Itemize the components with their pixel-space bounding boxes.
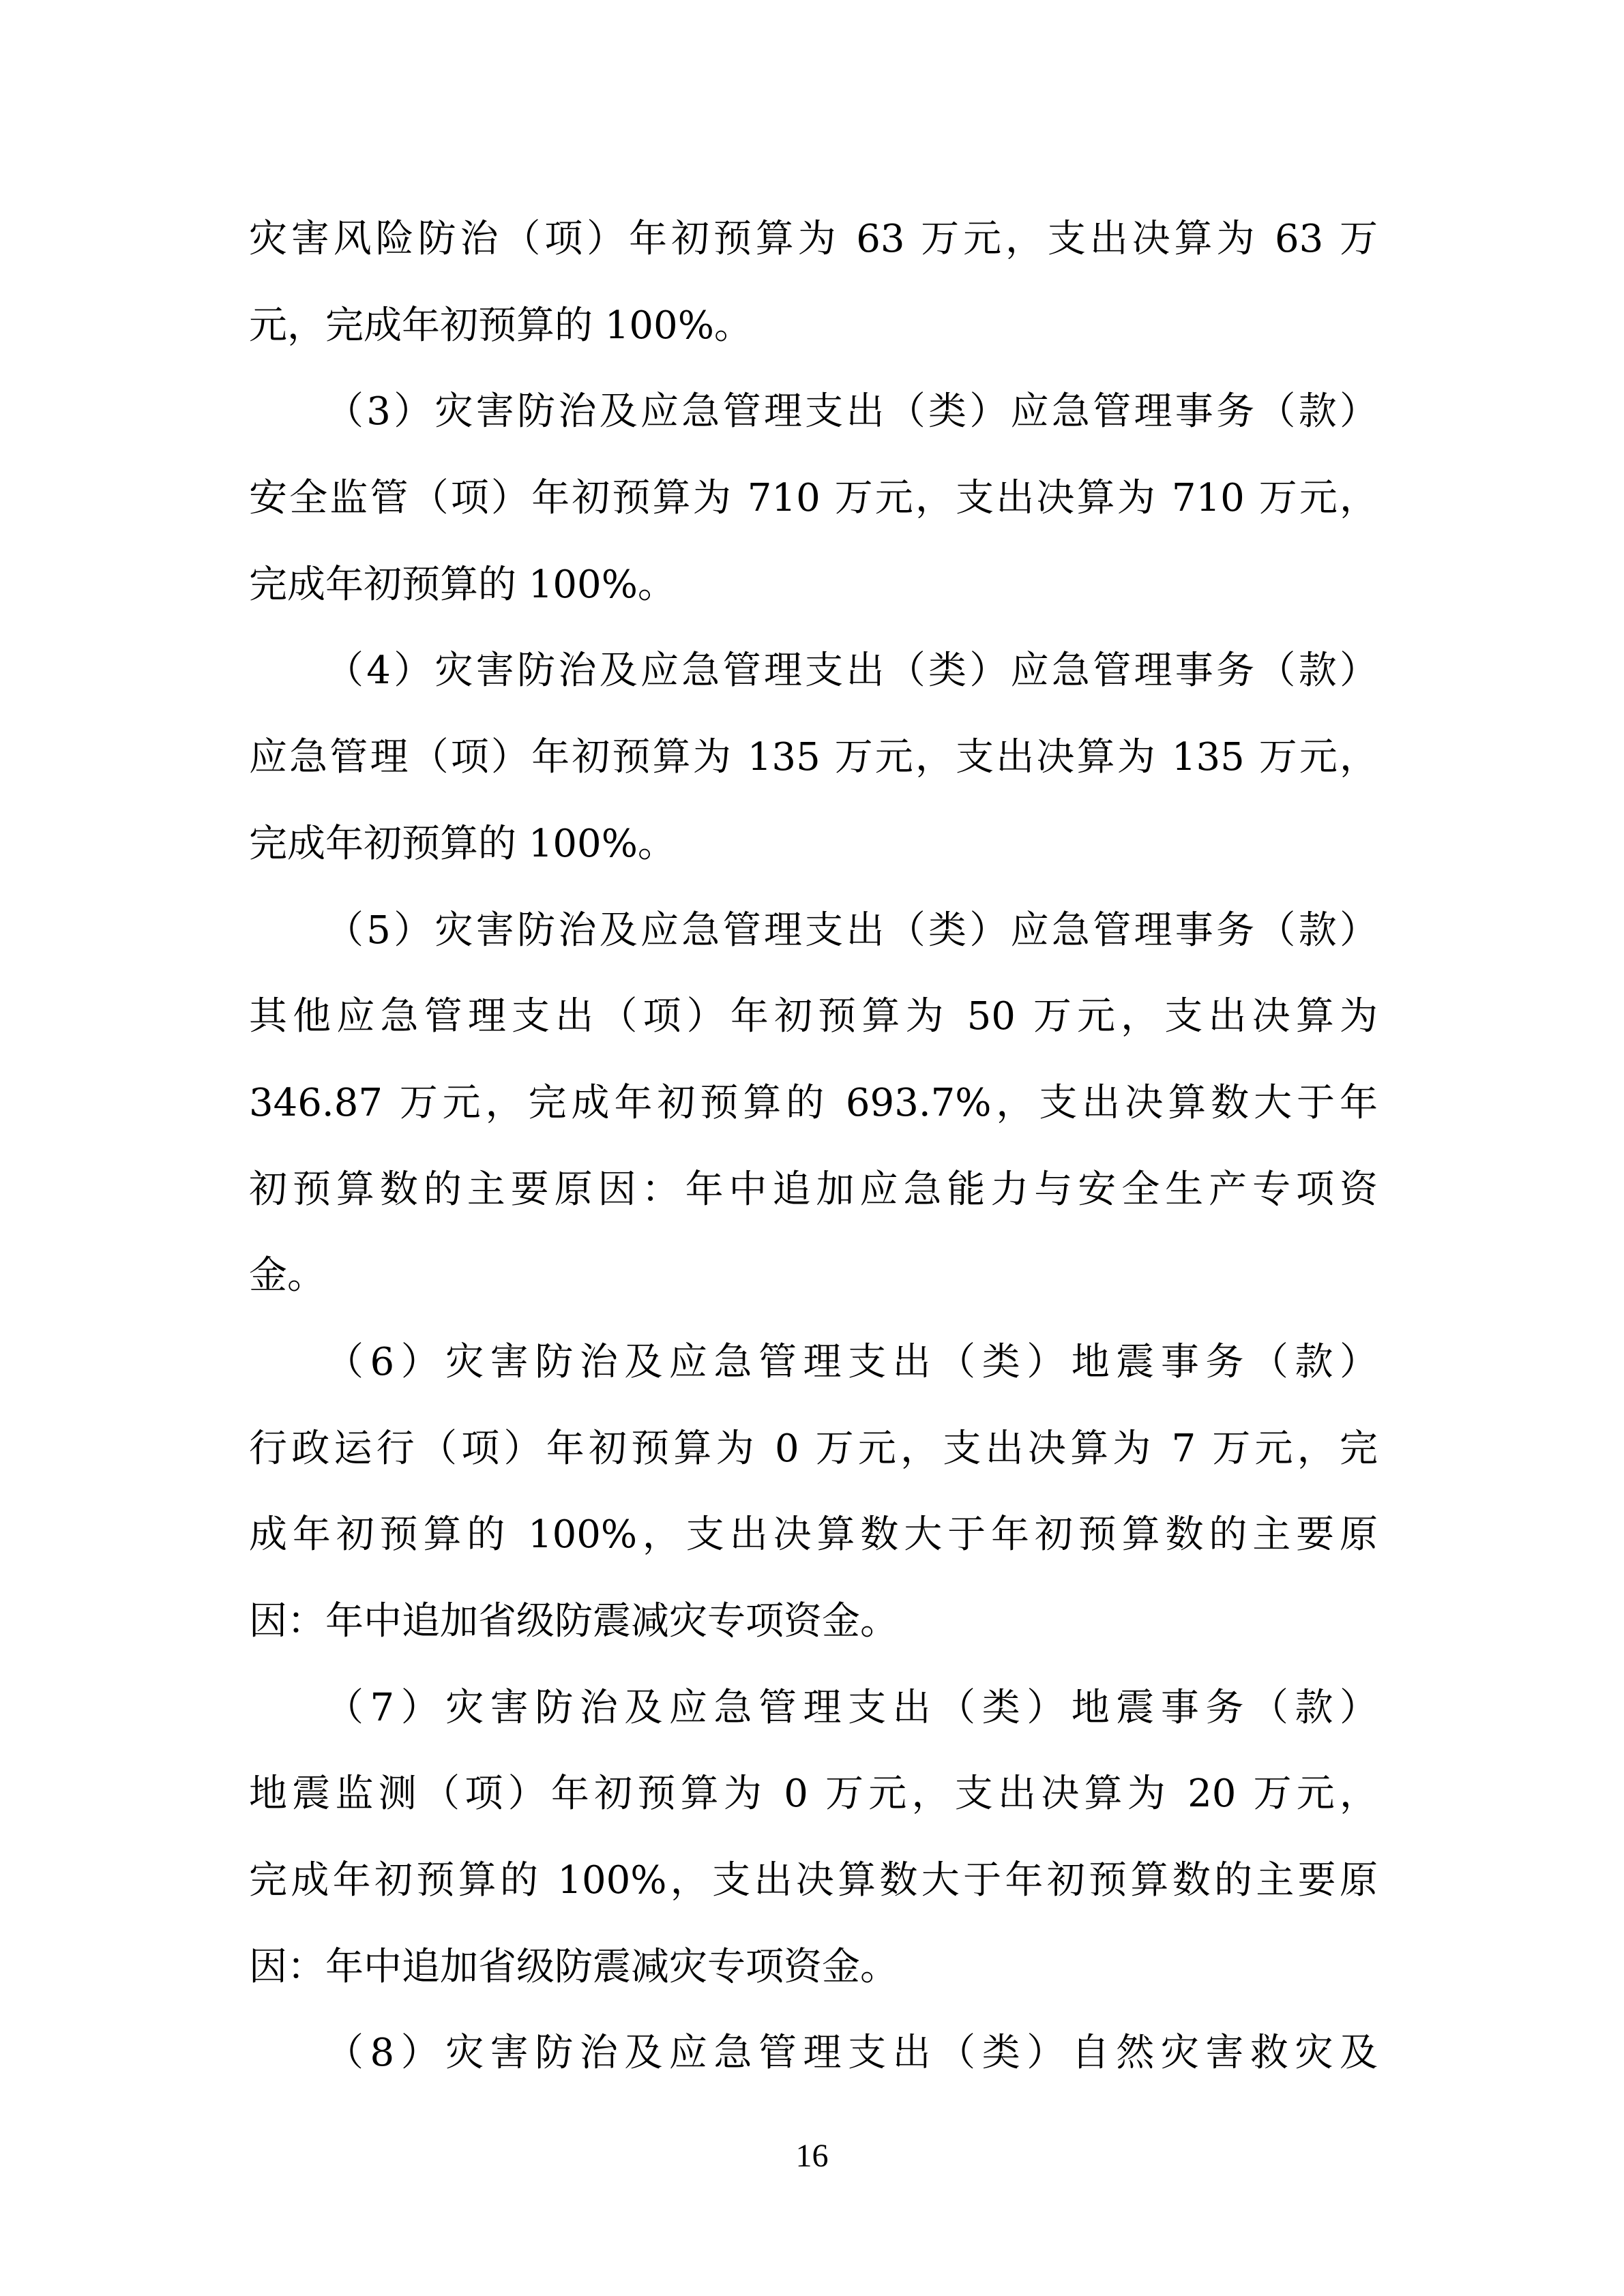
text-line: 因：年中追加省级防震减灾专项资金。 xyxy=(249,1579,1378,1665)
text-line: 安全监管（项）年初预算为 710 万元，支出决算为 710 万元， xyxy=(249,456,1378,542)
text-line: 灾害风险防治（项）年初预算为 63 万元，支出决算为 63 万 xyxy=(249,196,1378,283)
text-line: （8）灾害防治及应急管理支出（类）自然灾害救灾及 xyxy=(249,2010,1378,2097)
text-line: 因：年中追加省级防震减灾专项资金。 xyxy=(249,1924,1378,2011)
text-line: 地震监测（项）年初预算为 0 万元，支出决算为 20 万元， xyxy=(249,1751,1378,1838)
text-line: （5）灾害防治及应急管理支出（类）应急管理事务（款） xyxy=(249,888,1378,974)
text-line: 完成年初预算的 100%。 xyxy=(249,801,1378,888)
text-line: （6）灾害防治及应急管理支出（类）地震事务（款） xyxy=(249,1320,1378,1406)
text-line: 行政运行（项）年初预算为 0 万元，支出决算为 7 万元，完 xyxy=(249,1406,1378,1493)
text-line: 成年初预算的 100%，支出决算数大于年初预算数的主要原 xyxy=(249,1492,1378,1579)
text-line: 346.87 万元，完成年初预算的 693.7%，支出决算数大于年 xyxy=(249,1060,1378,1147)
text-line: 完成年初预算的 100%。 xyxy=(249,542,1378,629)
text-line: 完成年初预算的 100%，支出决算数大于年初预算数的主要原 xyxy=(249,1838,1378,1924)
text-line: 初预算数的主要原因：年中追加应急能力与安全生产专项资 xyxy=(249,1147,1378,1234)
text-line: （7）灾害防治及应急管理支出（类）地震事务（款） xyxy=(249,1665,1378,1752)
document-page: 灾害风险防治（项）年初预算为 63 万元，支出决算为 63 万 元，完成年初预算… xyxy=(0,0,1624,2296)
text-line: （3）灾害防治及应急管理支出（类）应急管理事务（款） xyxy=(249,369,1378,456)
text-line: 应急管理（项）年初预算为 135 万元，支出决算为 135 万元， xyxy=(249,715,1378,801)
page-number: 16 xyxy=(0,2137,1624,2175)
text-line: 元，完成年初预算的 100%。 xyxy=(249,283,1378,370)
text-line: 其他应急管理支出（项）年初预算为 50 万元，支出决算为 xyxy=(249,974,1378,1060)
document-body-text: 灾害风险防治（项）年初预算为 63 万元，支出决算为 63 万 元，完成年初预算… xyxy=(249,196,1378,2097)
text-line: 金。 xyxy=(249,1233,1378,1320)
text-line: （4）灾害防治及应急管理支出（类）应急管理事务（款） xyxy=(249,628,1378,715)
